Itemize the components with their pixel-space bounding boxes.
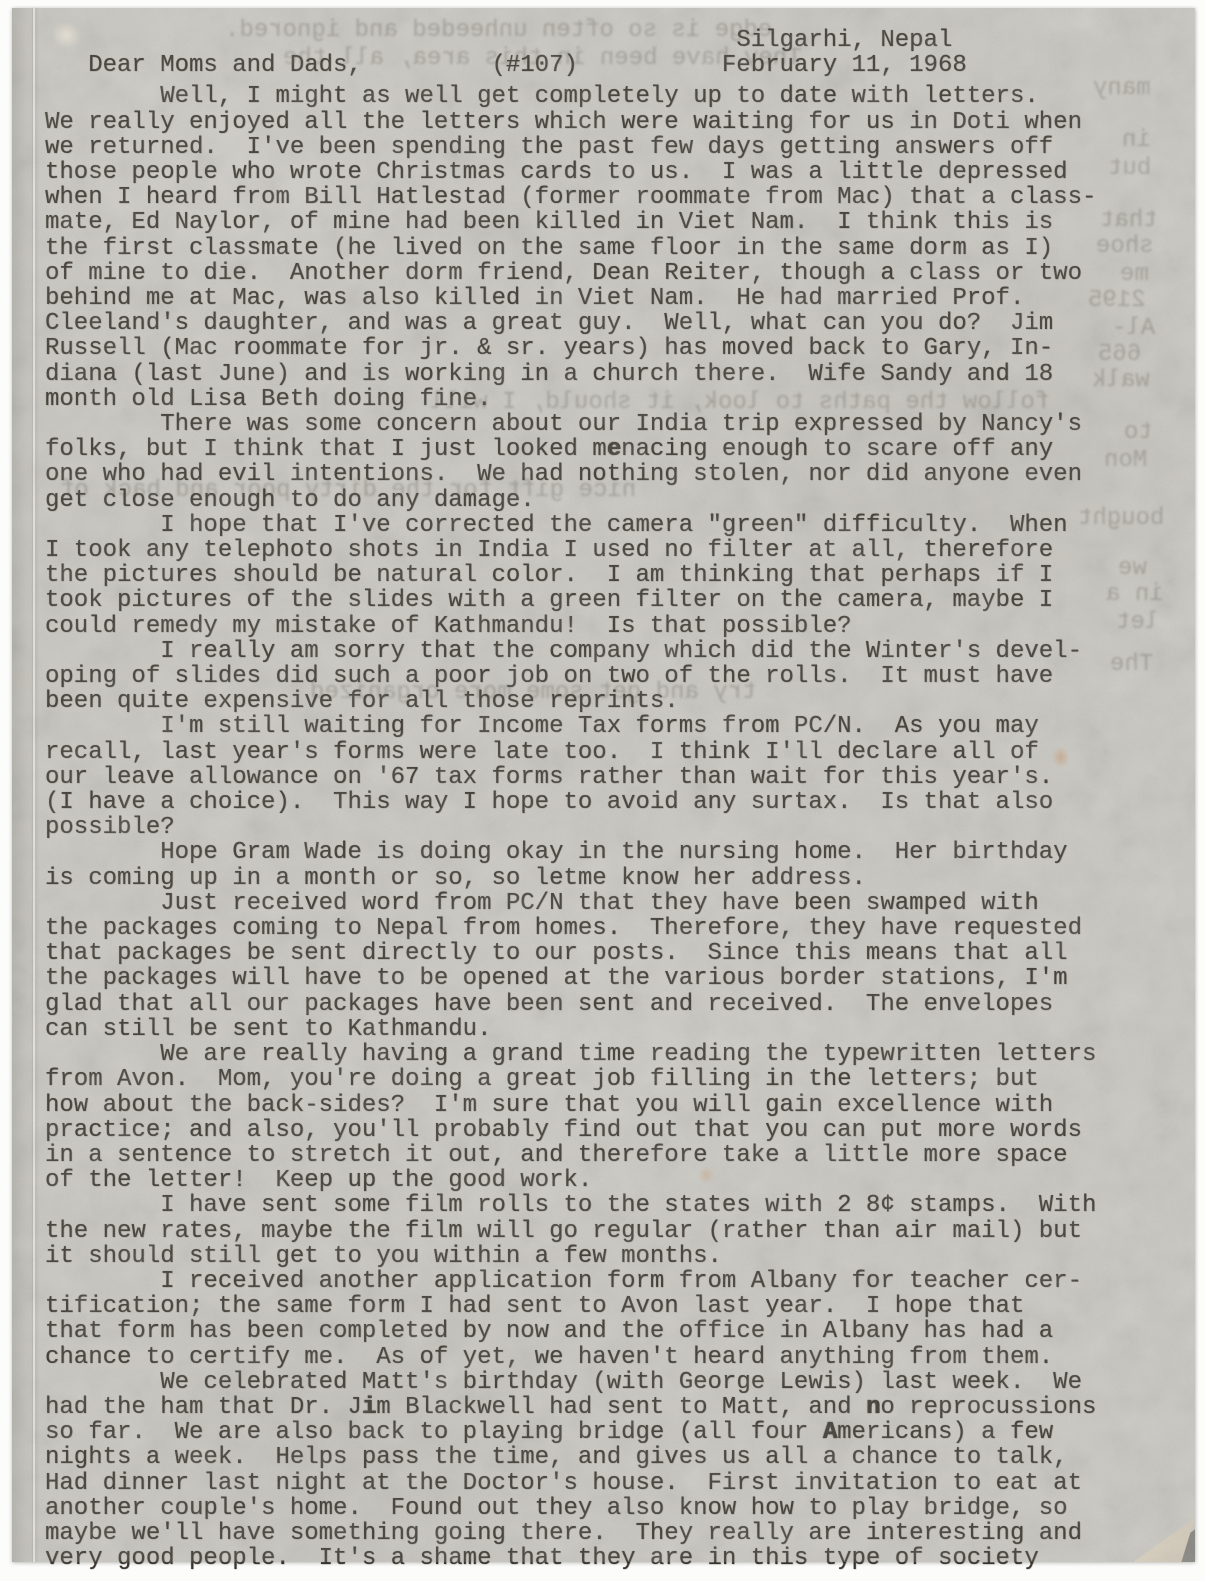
letter-line: the packages will have to be opened at t… [45, 966, 1165, 991]
letter-date: February 11, 1968 [722, 53, 967, 78]
letter-line: had the ham that Dr. Jim Blackwell had s… [45, 1395, 1165, 1420]
letter-line: so far. We are also back to playing brid… [45, 1420, 1165, 1445]
letter-line: one who had evil intentions. We had noth… [45, 462, 1165, 487]
letter-paragraph: There was some concern about our India t… [45, 412, 1165, 513]
letter-text: Silgarhi, Nepal Dear Moms and Dads,(#107… [45, 28, 1165, 1571]
letter-line: of mine to die. Another dorm friend, Dea… [45, 261, 1165, 286]
letter-line: when I heard from Bill Hatlestad (former… [45, 185, 1165, 210]
letter-line: I hope that I've corrected the camera "g… [45, 513, 1165, 538]
letter-line: Cleeland's daughter, and was a great guy… [45, 311, 1165, 336]
letter-line: nights a week. Helps pass the time, and … [45, 1445, 1165, 1470]
letter-line: chance to certify me. As of yet, we have… [45, 1345, 1165, 1370]
letter-line: it should still get to you within a few … [45, 1244, 1165, 1269]
letter-line: We are really having a grand time readin… [45, 1042, 1165, 1067]
letter-paragraph: We celebrated Matt's birthday (with Geor… [45, 1370, 1165, 1572]
letter-header: Silgarhi, Nepal Dear Moms and Dads,(#107… [45, 28, 1165, 78]
letter-line: tification; the same form I had sent to … [45, 1294, 1165, 1319]
letter-line: folks, but I think that I just looked me… [45, 437, 1165, 462]
letter-line: is coming up in a month or so, so letme … [45, 866, 1165, 891]
letter-line: can still be sent to Kathmandu. [45, 1017, 1165, 1042]
letter-line: how about the back-sides? I'm sure that … [45, 1093, 1165, 1118]
letter-line: month old Lisa Beth doing fine. [45, 387, 1165, 412]
letter-line: practice; and also, you'll probably find… [45, 1118, 1165, 1143]
origin-location: Silgarhi, Nepal [736, 27, 952, 54]
letter-line: I have sent some film rolls to the state… [45, 1193, 1165, 1218]
letter-line: There was some concern about our India t… [45, 412, 1165, 437]
letter-line: been quite expensive for all those repri… [45, 689, 1165, 714]
letter-line: glad that all our packages have been sen… [45, 992, 1165, 1017]
letter-line: we returned. I've been spending the past… [45, 135, 1165, 160]
letter-line: Russell (Mac roommate for jr. & sr. year… [45, 336, 1165, 361]
letter-line: I received another application form from… [45, 1269, 1165, 1294]
letter-line: took pictures of the slides with a green… [45, 588, 1165, 613]
letter-paragraph: I hope that I've corrected the camera "g… [45, 513, 1165, 639]
letter-line: the packages coming to Nepal from homes.… [45, 916, 1165, 941]
letter-line: of the letter! Keep up the good work. [45, 1168, 1165, 1193]
letter-line: I'm still waiting for Income Tax forms f… [45, 714, 1165, 739]
letter-line: could remedy my mistake of Kathmandu! Is… [45, 614, 1165, 639]
letter-line: maybe we'll have something going there. … [45, 1521, 1165, 1546]
letter-line: mate, Ed Naylor, of mine had been killed… [45, 210, 1165, 235]
letter-line: in a sentence to stretch it out, and the… [45, 1143, 1165, 1168]
salutation: Dear Moms and Dads, [88, 53, 362, 78]
letter-line: our leave allowance on '67 tax forms rat… [45, 765, 1165, 790]
letter-line: behind me at Mac, was also killed in Vie… [45, 286, 1165, 311]
letter-line: diana (last June) and is working in a ch… [45, 362, 1165, 387]
letter-paragraph: We are really having a grand time readin… [45, 1042, 1165, 1193]
letter-paragraph: I really am sorry that the company which… [45, 639, 1165, 715]
letter-line: (I have a choice). This way I hope to av… [45, 790, 1165, 815]
letter-line: the new rates, maybe the film will go re… [45, 1219, 1165, 1244]
scanned-letter-page: edge is so often unheeded and ignored.Th… [0, 0, 1205, 1581]
letter-line: get close enough to do any damage. [45, 488, 1165, 513]
letter-line: Hope Gram Wade is doing okay in the nurs… [45, 840, 1165, 865]
letter-line: possible? [45, 815, 1165, 840]
overstrike-correction: i [362, 1394, 376, 1421]
letter-number: (#107) [491, 53, 577, 78]
letter-line: Just received word from PC/N that they h… [45, 891, 1165, 916]
letter-line: Had dinner last night at the Doctor's ho… [45, 1471, 1165, 1496]
overstrike-correction: e [607, 436, 621, 463]
letter-paragraph: Well, I might as well get completely up … [45, 84, 1165, 412]
letter-line: very good people. It's a shame that they… [45, 1546, 1165, 1571]
letter-paragraph: I'm still waiting for Income Tax forms f… [45, 714, 1165, 840]
letter-line: I took any telephoto shots in India I us… [45, 538, 1165, 563]
letter-paragraph: I have sent some film rolls to the state… [45, 1193, 1165, 1269]
letter-line: those people who wrote Christmas cards t… [45, 160, 1165, 185]
letter-line: from Avon. Mom, you're doing a great job… [45, 1067, 1165, 1092]
overstrike-correction: n [866, 1394, 880, 1421]
letter-line: We celebrated Matt's birthday (with Geor… [45, 1370, 1165, 1395]
letter-line: recall, last year's forms were late too.… [45, 740, 1165, 765]
letter-paragraph: Hope Gram Wade is doing okay in the nurs… [45, 840, 1165, 890]
letter-line: the pictures should be natural color. I … [45, 563, 1165, 588]
origin-line: Silgarhi, Nepal [45, 28, 1165, 53]
letter-line: oping of slides did such a poor job on t… [45, 664, 1165, 689]
letter-line: We really enjoyed all the letters which … [45, 110, 1165, 135]
letter-body: Well, I might as well get completely up … [45, 84, 1165, 1571]
letter-line: another couple's home. Found out they al… [45, 1496, 1165, 1521]
letter-paragraph: Just received word from PC/N that they h… [45, 891, 1165, 1042]
letter-paragraph: I received another application form from… [45, 1269, 1165, 1370]
letter-line: that packages be sent directly to our po… [45, 941, 1165, 966]
letter-line: Well, I might as well get completely up … [45, 84, 1165, 109]
paper-crease [33, 8, 35, 1562]
overstrike-correction: A [823, 1419, 837, 1446]
salutation-line: Dear Moms and Dads,(#107)February 11, 19… [45, 53, 1165, 78]
letter-line: the first classmate (he lived on the sam… [45, 236, 1165, 261]
letter-line: I really am sorry that the company which… [45, 639, 1165, 664]
letter-line: that form has been completed by now and … [45, 1319, 1165, 1344]
